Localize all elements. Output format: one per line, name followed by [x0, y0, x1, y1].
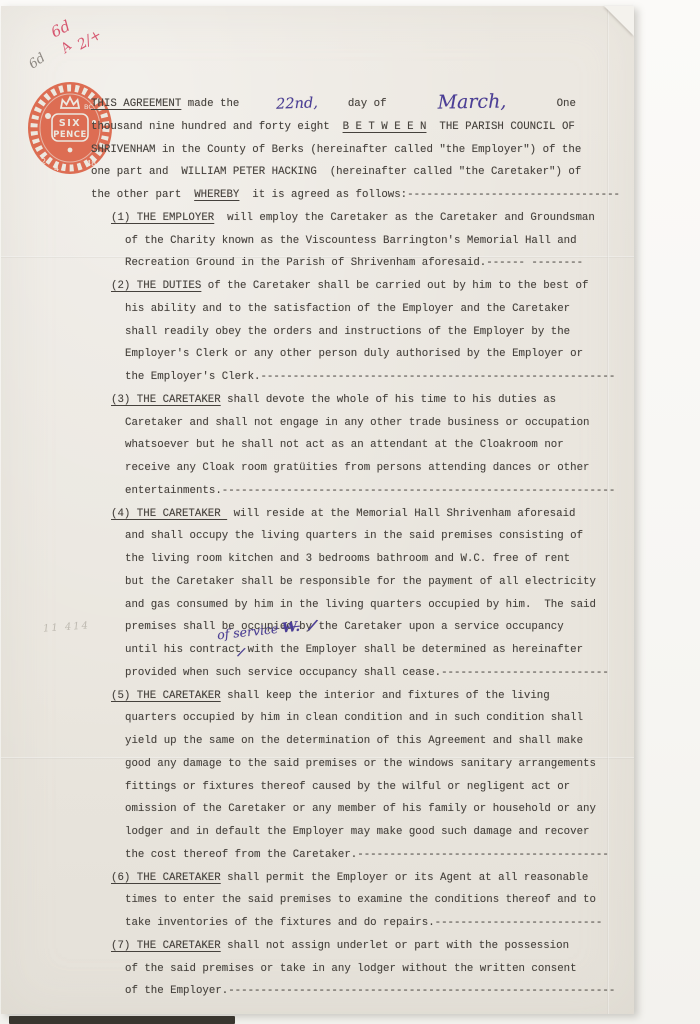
handwritten-day-value: 22nd, — [246, 95, 348, 114]
clause-6-label: (6) THE CARETAKER — [111, 872, 221, 884]
other-part-text: the other part — [91, 189, 194, 201]
handwritten-pencil-note: 6d — [26, 51, 48, 73]
year-word-one: One — [557, 98, 576, 110]
clause-2-duties: (2) THE DUTIES of the Caretaker shall be… — [91, 275, 627, 389]
clause-1-employment: (1) THE EMPLOYER will employ the Caretak… — [91, 207, 627, 275]
employer-party-text: SHRIVENHAM in the County of Berks (herei… — [91, 144, 581, 156]
document-text: THIS AGREEMENT made the 22nd,day ofMarch… — [91, 93, 627, 1003]
between-keyword: B E T W E E N — [343, 121, 427, 133]
clause-2-label: (2) THE DUTIES — [111, 280, 201, 292]
clause-6-inspection: (6) THE CARETAKER shall permit the Emplo… — [91, 867, 627, 935]
year-words: thousand nine hundred and forty eight — [91, 121, 343, 133]
paper-corner-fold — [604, 6, 634, 36]
stamp-numeral-2: 2 — [41, 157, 46, 166]
stamp-value-pence: PENCE — [53, 130, 87, 140]
caretaker-party-text: one part and WILLIAM PETER HACKING (here… — [91, 166, 581, 178]
header-line-2: thousand nine hundred and forty eight B … — [91, 116, 627, 139]
stamp-value-six: SIX — [59, 118, 81, 129]
scan-edge-shadow — [9, 1016, 235, 1024]
header-line-4: one part and WILLIAM PETER HACKING (here… — [91, 161, 627, 184]
agreed-as-follows-text: it is agreed as follows:----------------… — [239, 189, 620, 201]
party-one-intro: THE PARISH COUNCIL OF — [426, 121, 574, 133]
stamp-numeral-4: 4 — [54, 164, 59, 173]
stamp-ornament-dot-bottom — [68, 148, 73, 153]
clause-3-text: shall devote the whole of his time to hi… — [125, 394, 615, 497]
header-line-3: SHRIVENHAM in the County of Berks (herei… — [91, 139, 627, 162]
handwritten-red-duty-note: 6d — [48, 17, 73, 42]
header-line-1: THIS AGREEMENT made the 22nd,day ofMarch… — [91, 93, 627, 116]
clause-7-no-assignment: (7) THE CARETAKER shall not assign under… — [91, 935, 627, 1003]
clause-3-whole-time: (3) THE CARETAKER shall devote the whole… — [91, 389, 627, 503]
clause-5-label: (5) THE CARETAKER — [111, 690, 221, 702]
clause-4-label: (4) THE CARETAKER — [111, 508, 227, 520]
insertion-initials: W. — [281, 618, 300, 636]
clause-5-upkeep: (5) THE CARETAKER shall keep the interio… — [91, 685, 627, 867]
scan-background: 6d A 2/+ 6d 11 414 BC SIX PENCE 2 4 48 T… — [0, 0, 700, 1024]
handwritten-pencil-margin-note: 11 414 — [43, 620, 91, 634]
document-page: 6d A 2/+ 6d 11 414 BC SIX PENCE 2 4 48 T… — [1, 6, 634, 1014]
clause-7-label: (7) THE CARETAKER — [111, 940, 221, 952]
header-line-5: the other part WHEREBY it is agreed as f… — [91, 184, 627, 207]
clause-2-text: of the Caretaker shall be carried out by… — [125, 280, 615, 383]
clause-4-residence: (4) THE CARETAKER will reside at the Mem… — [91, 503, 627, 685]
clause-5-text: shall keep the interior and fixtures of … — [125, 690, 609, 861]
agreement-title: THIS AGREEMENT — [91, 98, 181, 110]
stamp-ornament-dot-left — [45, 113, 51, 119]
day-of-text: day of — [348, 98, 387, 110]
clause-1-label: (1) THE EMPLOYER — [111, 212, 214, 224]
whereby-keyword: WHEREBY — [194, 189, 239, 201]
insertion-text: of service — [216, 620, 279, 641]
handwritten-red-fraction-note: 2/+ — [75, 27, 105, 54]
made-the-text: made the — [181, 98, 246, 110]
handwritten-insertion: of service W. — [216, 615, 301, 646]
clause-3-label: (3) THE CARETAKER — [111, 394, 221, 406]
clause-4-text: will reside at the Memorial Hall Shriven… — [125, 508, 609, 679]
handwritten-red-flourish: A — [58, 39, 75, 56]
handwritten-month-value: March, — [386, 94, 556, 112]
